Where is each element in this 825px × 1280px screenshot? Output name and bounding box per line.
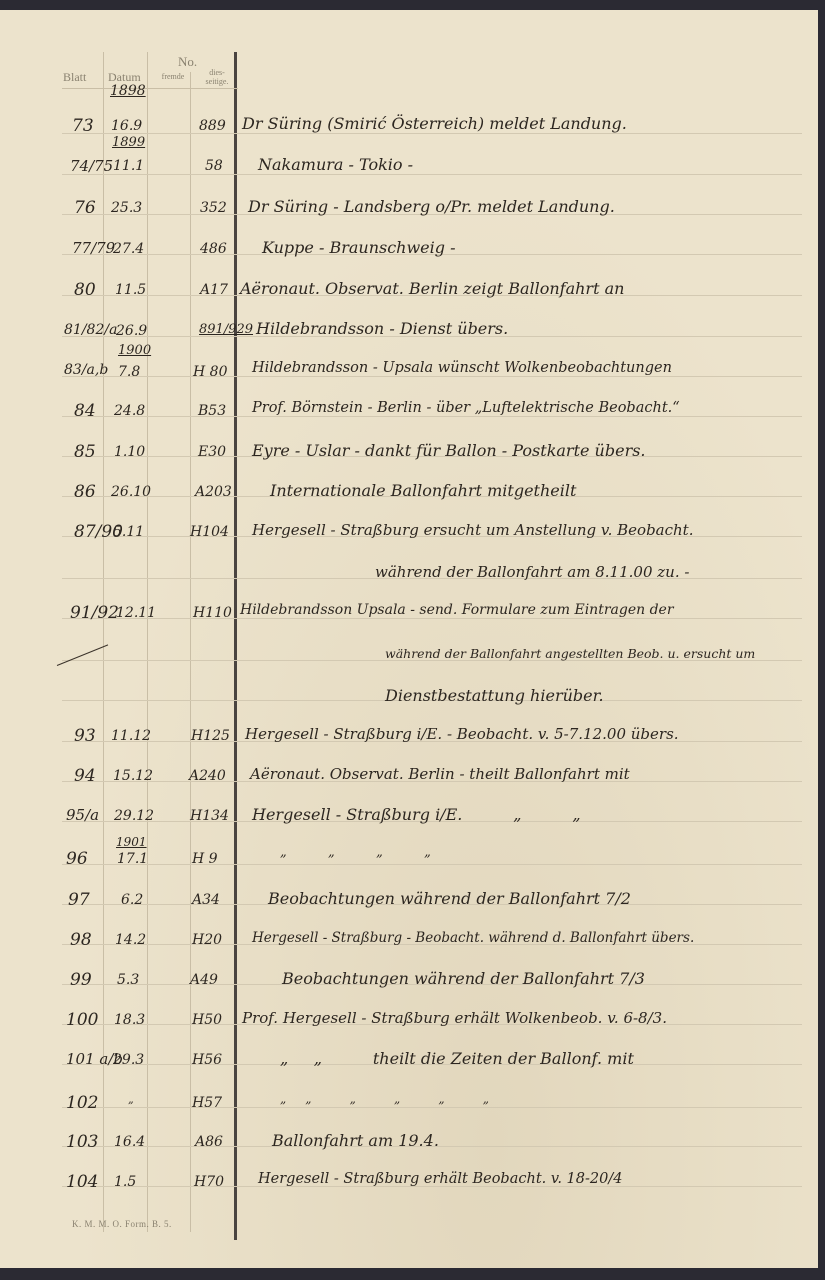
no-cell: H104 <box>190 524 229 540</box>
date-cell: 14.2 <box>115 932 146 948</box>
no-cell: A86 <box>195 1134 223 1150</box>
date-cell: 26.9 <box>116 323 147 339</box>
column-rule-main <box>234 52 237 1240</box>
date-cell: 15.12 <box>113 768 153 784</box>
entry-text: Nakamura - Tokio - <box>258 155 413 174</box>
header-blatt: Blatt <box>63 70 86 85</box>
blatt-cell: 80 <box>74 280 96 300</box>
blatt-cell: 99 <box>70 970 92 990</box>
no-cell: E30 <box>198 444 226 460</box>
entry-text: Prof. Börnstein - Berlin - über „Luftele… <box>252 400 680 416</box>
no-cell: H 80 <box>193 364 227 380</box>
row-rule <box>62 1107 802 1108</box>
blatt-cell: 104 <box>66 1172 98 1192</box>
date-cell: 12.11 <box>116 605 156 621</box>
entry-text: Aëronaut. Observat. Berlin zeigt Ballonf… <box>240 279 624 298</box>
column-rule-no <box>190 72 191 1232</box>
column-rule-datum <box>147 52 148 1232</box>
header-rule <box>62 88 238 89</box>
blatt-cell: 91/92 <box>70 603 119 623</box>
form-label: K. M. M. O. Form. B. 5. <box>72 1219 172 1229</box>
ledger-page: Blatt Datum No. fremde dies- seitige. 18… <box>0 10 818 1268</box>
entry-text: Hildebrandsson - Dienst übers. <box>256 319 508 338</box>
date-cell: 29.12 <box>114 808 154 824</box>
date-cell: 24.8 <box>114 403 145 419</box>
no-cell: 889 <box>199 118 226 134</box>
date-cell: 1.10 <box>114 444 145 460</box>
date-cell: 11.1 <box>113 158 144 174</box>
blatt-cell: 94 <box>74 766 96 786</box>
date-cell: 16.4 <box>114 1134 145 1150</box>
date-cell: 25.3 <box>111 200 142 216</box>
blatt-cell: 77/79 <box>72 239 115 257</box>
no-cell: H134 <box>190 808 229 824</box>
entry-text: Prof. Hergesell - Straßburg erhält Wolke… <box>242 1009 667 1027</box>
no-cell: 891/929 <box>199 322 253 337</box>
header-diesseitige: dies- seitige. <box>197 68 237 86</box>
entry-text: Aëronaut. Observat. Berlin - theilt Ball… <box>250 765 630 783</box>
date-cell: 6.2 <box>121 892 143 908</box>
no-cell: B53 <box>198 403 226 419</box>
entry-text: Hildebrandsson - Upsala wünscht Wolkenbe… <box>252 360 672 376</box>
blatt-cell: 86 <box>74 482 96 502</box>
no-cell: A34 <box>192 892 220 908</box>
entry-text: „ „ „ „ „ „ <box>280 1092 489 1106</box>
blatt-cell: 73 <box>72 116 94 136</box>
row-rule <box>62 376 802 377</box>
year-marker: 1900 <box>118 343 151 358</box>
row-rule <box>62 416 802 417</box>
no-cell: 58 <box>205 158 223 174</box>
date-cell: 26.10 <box>111 484 151 500</box>
header-no: No. <box>178 54 197 70</box>
entry-text: Beobachtungen während der Ballonfahrt 7/… <box>268 889 631 908</box>
entry-text: Dr Süring - Landsberg o/Pr. meldet Landu… <box>248 197 615 216</box>
blatt-cell: 85 <box>74 442 96 462</box>
year-marker: 1898 <box>110 83 146 99</box>
blatt-cell: 83/a,b <box>64 362 108 378</box>
no-cell: A17 <box>200 282 228 298</box>
entry-text: „ „ „ „ <box>280 845 431 860</box>
date-cell: 11.12 <box>111 728 151 744</box>
blatt-cell: 97 <box>68 890 90 910</box>
entry-text: Hergesell - Straßburg ersucht um Anstell… <box>252 521 693 539</box>
no-cell: H50 <box>192 1012 222 1028</box>
entry-text: „ „ theilt die Zeiten der Ballonf. mit <box>280 1049 634 1068</box>
blatt-cell: 93 <box>74 726 96 746</box>
entry-text: Eyre - Uslar - dankt für Ballon - Postka… <box>252 441 646 460</box>
date-cell: 7.8 <box>118 364 140 380</box>
entry-text: Hergesell - Straßburg i/E. - Beobacht. v… <box>245 725 679 743</box>
blatt-cell: 74/75 <box>70 157 113 175</box>
no-cell: A240 <box>189 768 226 784</box>
entry-text: Hergesell - Straßburg - Beobacht. währen… <box>252 930 694 946</box>
no-cell: 486 <box>200 241 227 257</box>
date-cell: „ <box>128 1093 134 1106</box>
date-cell: 17.1 <box>117 851 148 867</box>
entry-text: Beobachtungen während der Ballonfahrt 7/… <box>282 969 645 988</box>
no-cell: H56 <box>192 1052 222 1068</box>
entry-text-continued: während der Ballonfahrt angestellten Beo… <box>385 646 755 661</box>
row-rule <box>62 864 802 865</box>
date-cell: 27.4 <box>113 241 144 257</box>
no-cell: H20 <box>192 932 222 948</box>
date-cell: 5.3 <box>117 972 139 988</box>
date-cell: 11.5 <box>115 282 146 298</box>
year-marker: 1899 <box>112 135 145 150</box>
blatt-cell: 103 <box>66 1132 98 1152</box>
no-cell: H125 <box>191 728 230 744</box>
row-rule <box>62 618 802 619</box>
no-cell: H 9 <box>192 851 218 867</box>
date-cell: 5.11 <box>113 524 144 540</box>
blatt-cell: 96 <box>66 849 88 869</box>
row-rule <box>62 133 802 134</box>
header-fremde: fremde <box>152 72 194 81</box>
entry-text: Ballonfahrt am 19.4. <box>272 1131 439 1150</box>
blatt-cell: 95/a <box>66 806 99 824</box>
entry-text: Hildebrandsson Upsala - send. Formulare … <box>240 602 674 618</box>
no-cell: H110 <box>193 605 232 621</box>
no-cell: H57 <box>192 1095 222 1111</box>
entry-text-continued: während der Ballonfahrt am 8.11.00 zu. - <box>375 563 689 581</box>
no-cell: H70 <box>194 1174 224 1190</box>
blatt-cell: 81/82/a <box>64 322 117 338</box>
entry-text: Hergesell - Straßburg i/E. „ „ <box>252 805 581 824</box>
entry-text: Dr Süring (Smirić Österreich) meldet Lan… <box>242 114 627 133</box>
entry-text-continued: Dienstbestattung hierüber. <box>385 686 604 705</box>
blatt-cell: 98 <box>70 930 92 950</box>
blatt-cell: 100 <box>66 1010 98 1030</box>
no-cell: 352 <box>200 200 227 216</box>
entry-text: Internationale Ballonfahrt mitgetheilt <box>270 481 576 500</box>
year-marker: 1901 <box>116 835 147 849</box>
row-rule <box>62 174 802 175</box>
date-cell: 29.3 <box>113 1052 144 1068</box>
blatt-cell: 84 <box>74 401 96 421</box>
date-cell: 1.5 <box>114 1174 136 1190</box>
entry-text: Hergesell - Straßburg erhält Beobacht. v… <box>258 1171 622 1187</box>
entry-text: Kuppe - Braunschweig - <box>262 238 455 257</box>
no-cell: A203 <box>195 484 232 500</box>
blatt-cell: 102 <box>66 1093 98 1113</box>
no-cell: A49 <box>190 972 218 988</box>
blatt-cell: 76 <box>74 198 96 218</box>
date-cell: 16.9 <box>111 118 142 134</box>
date-cell: 18.3 <box>114 1012 145 1028</box>
strike-mark <box>57 644 108 666</box>
